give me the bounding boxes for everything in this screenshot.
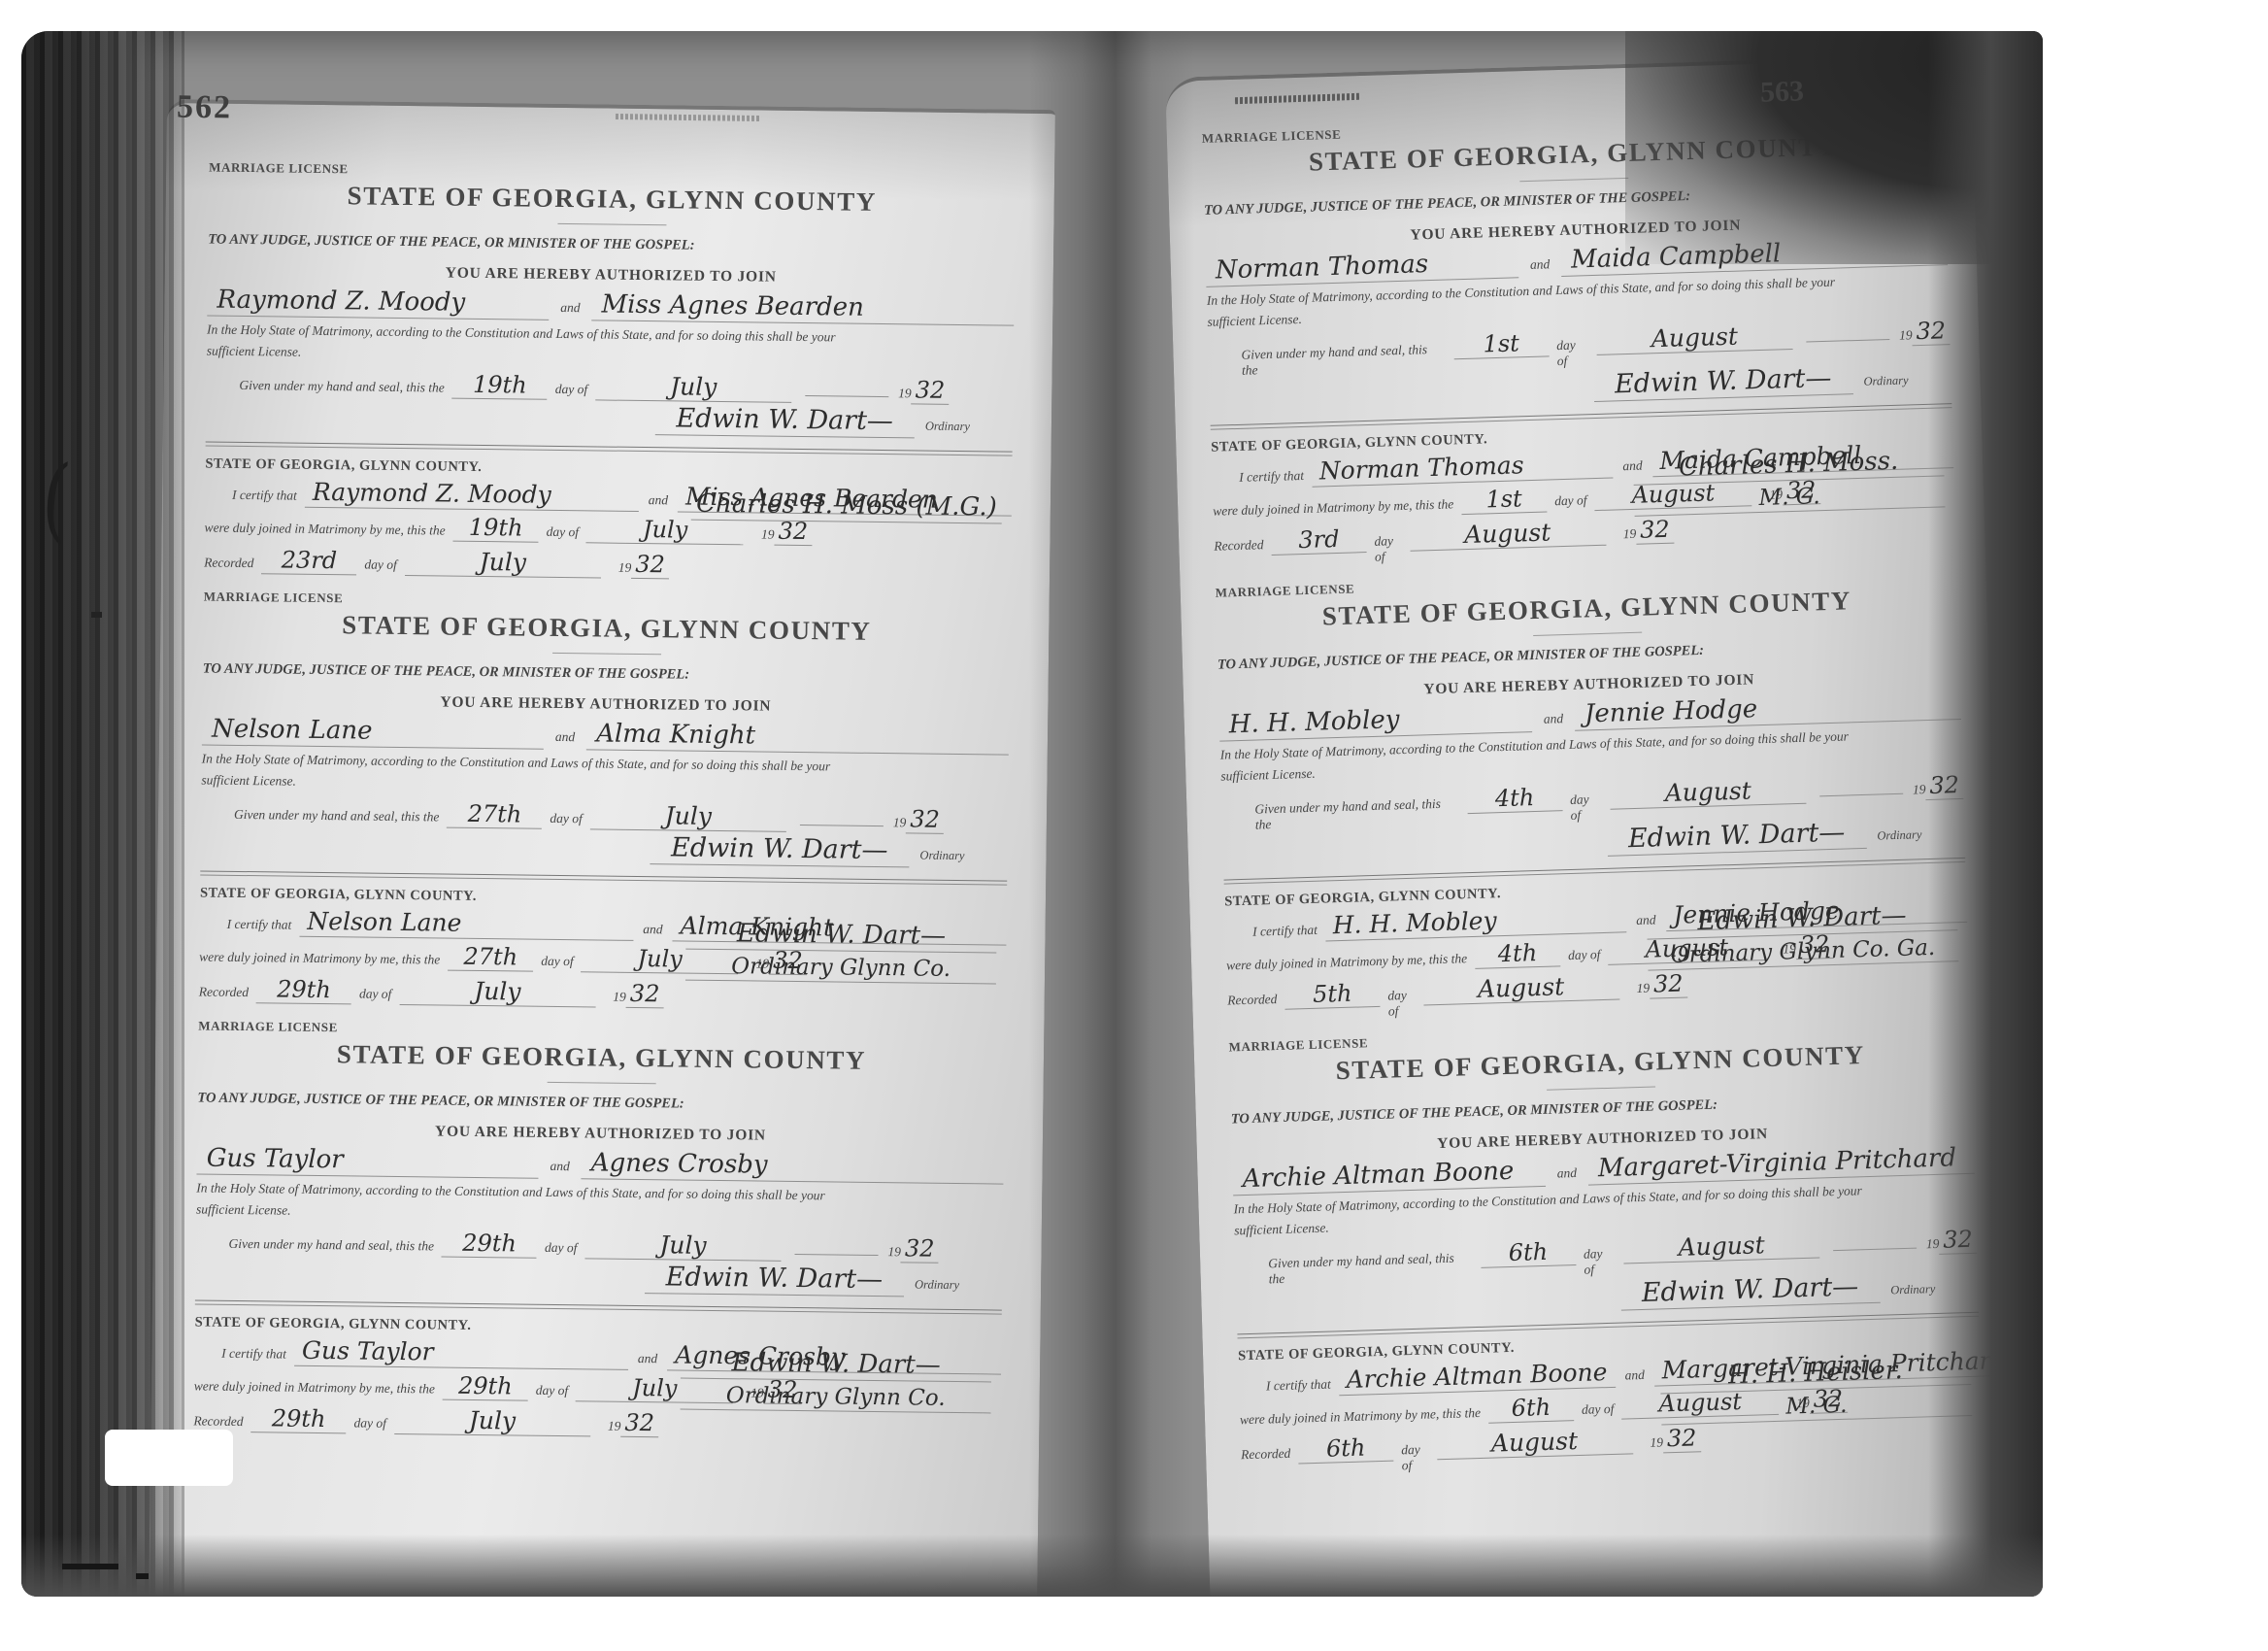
recorded-month: August	[1422, 973, 1619, 1006]
officiant-title: Ordinary Glynn Co.	[685, 956, 996, 985]
ordinary-label: Ordinary	[1877, 827, 1921, 842]
double-rule-divider	[206, 442, 1013, 456]
salutation-line: TO ANY JUDGE, JUSTICE OF THE PEACE, OR M…	[203, 660, 1010, 687]
license-month: July	[584, 1231, 781, 1261]
day-of-label: day of	[536, 1383, 569, 1398]
officiant-signature-block: Edwin W. Dart— Ordinary Glynn Co. Ga.	[1647, 901, 1959, 970]
recorded-year: 32	[1650, 971, 1687, 998]
day-of-label: day of	[1374, 533, 1402, 565]
recorded-day: 23rd	[261, 548, 356, 575]
year-printed: 19	[618, 560, 632, 576]
ordinary-signature: Edwin W. Dart—	[1593, 364, 1853, 402]
day-of-label: day of	[545, 1240, 578, 1256]
license-year: 32	[906, 807, 944, 833]
day-of-label: day of	[541, 954, 574, 969]
officiant-title: M. G.	[1661, 1391, 1973, 1425]
license-date-line: Given under my hand and seal, this the 1…	[206, 369, 1013, 406]
marriage-record: MARRIAGE LICENSE STATE OF GEORGIA, GLYNN…	[193, 1018, 1005, 1441]
year-printed: 19	[887, 1244, 901, 1260]
license-month: August	[1596, 322, 1793, 355]
recorded-year: 32	[626, 982, 664, 1008]
bride-name: Margaret-Virginia Pritchard	[1587, 1145, 1974, 1186]
salutation-line: TO ANY JUDGE, JUSTICE OF THE PEACE, OR M…	[208, 232, 1015, 258]
certify-prefix: I certify that	[232, 488, 297, 504]
married-year: 32	[774, 520, 812, 546]
license-day: 29th	[442, 1231, 537, 1259]
marriage-certificate: STATE OF GEORGIA, GLYNN COUNTY. I certif…	[1211, 418, 1956, 570]
recorded-month: August	[1436, 1427, 1633, 1460]
certify-prefix: I certify that	[1252, 923, 1317, 940]
groom-name: Archie Altman Boone	[1232, 1158, 1546, 1196]
certified-groom-name: Archie Altman Boone	[1338, 1360, 1616, 1396]
license-heading: STATE OF GEORGIA, GLYNN COUNTY	[209, 180, 1016, 219]
recorded-day: 29th	[250, 1406, 346, 1433]
license-year: 32	[1925, 773, 1963, 800]
recorded-label: Recorded	[204, 556, 253, 572]
license-names-line: Raymond Z. Moody and Miss Agnes Bearden	[207, 287, 1014, 326]
groom-name: Raymond Z. Moody	[207, 287, 549, 320]
license-year: 32	[1939, 1228, 1977, 1255]
license-year: 32	[901, 1236, 939, 1263]
recorded-day: 6th	[1298, 1435, 1394, 1465]
recorded-day: 3rd	[1271, 526, 1367, 556]
margin-tick-mark	[91, 612, 102, 618]
matrimony-clause: In the Holy State of Matrimony, accordin…	[196, 1180, 1003, 1205]
joined-clause: were duly joined in Matrimony by me, thi…	[1240, 1405, 1481, 1428]
marriage-certificate: STATE OF GEORGIA, GLYNN COUNTY. I certif…	[193, 1314, 1001, 1441]
and-label: and	[1557, 1165, 1578, 1182]
heading-rule	[557, 223, 666, 225]
certify-prefix: I certify that	[1239, 468, 1304, 486]
officiant-signature: Edwin W. Dart—	[681, 1350, 991, 1383]
married-day: 27th	[448, 945, 533, 972]
heading-rule	[1547, 1086, 1655, 1090]
year-printed: 19	[608, 1419, 621, 1434]
marriage-record: MARRIAGE LICENSE STATE OF GEORGIA, GLYNN…	[204, 160, 1016, 584]
license-day: 4th	[1467, 785, 1563, 814]
certified-groom-name: Raymond Z. Moody	[305, 480, 639, 512]
officiant-signature-block: Edwin W. Dart— Ordinary Glynn Co.	[685, 921, 997, 985]
recorded-year: 32	[631, 553, 669, 579]
marriage-certificate: STATE OF GEORGIA, GLYNN COUNTY. I certif…	[1238, 1327, 1984, 1479]
sufficient-license-clause: sufficient License.	[196, 1201, 1003, 1227]
margin-pen-mark: (	[38, 443, 74, 554]
certify-prefix: I certify that	[221, 1346, 286, 1363]
bride-name: Miss Agnes Bearden	[591, 291, 1014, 325]
officiant-title: M. G.	[1634, 482, 1946, 516]
ordinary-signature: Edwin W. Dart—	[1619, 1273, 1880, 1311]
license-names-line: Nelson Lane and Alma Knight	[202, 716, 1009, 755]
day-of-label: day of	[555, 382, 588, 397]
given-prefix: Given under my hand and seal, this the	[1241, 342, 1447, 379]
joined-clause: were duly joined in Matrimony by me, thi…	[199, 949, 440, 967]
recorded-date-line: Recorded 29th day of July 1932	[193, 1404, 694, 1437]
officiant-signature-block: Edwin W. Dart— Ordinary Glynn Co.	[681, 1350, 992, 1414]
license-month: July	[590, 802, 786, 831]
license-month: August	[1623, 1231, 1820, 1264]
license-heading: STATE OF GEORGIA, GLYNN COUNTY	[203, 608, 1010, 648]
day-of-label: day of	[353, 1415, 386, 1431]
groom-name: Gus Taylor	[196, 1145, 538, 1178]
year-printed: 19	[761, 527, 775, 543]
salutation-line: TO ANY JUDGE, JUSTICE OF THE PEACE, OR M…	[197, 1090, 1004, 1116]
recorded-label: Recorded	[1227, 992, 1278, 1009]
authorize-line: YOU ARE HEREBY AUTHORIZED TO JOIN	[197, 1120, 1004, 1147]
recorded-label: Recorded	[193, 1413, 243, 1430]
recorded-month: July	[399, 978, 595, 1007]
ordinary-label: Ordinary	[1890, 1282, 1935, 1297]
recorded-year: 32	[1663, 1426, 1701, 1453]
right-page-records: MARRIAGE LICENSE STATE OF GEORGIA, GLYNN…	[1202, 109, 1984, 1478]
marriage-certificate: STATE OF GEORGIA, GLYNN COUNTY. I certif…	[204, 456, 1012, 584]
license-month: August	[1610, 777, 1807, 810]
ordinary-signature: Edwin W. Dart—	[650, 834, 910, 867]
and-label: and	[560, 300, 580, 316]
and-label: and	[649, 492, 668, 508]
scanned-marriage-record-book: 562 563 MARRIAGE LICENSE STATE OF GEORGI…	[0, 0, 2268, 1651]
recorded-month: August	[1409, 519, 1606, 552]
recorded-date-line: Recorded 3rd day of August 1932	[1214, 517, 1675, 570]
year-printed: 19	[1926, 1236, 1940, 1252]
recorded-month: July	[394, 1407, 590, 1436]
married-month: July	[586, 517, 744, 545]
double-rule-divider	[200, 870, 1007, 885]
bride-name: Jennie Hodge	[1575, 691, 1961, 731]
sufficient-license-clause: sufficient License.	[201, 772, 1008, 797]
blank-underline	[794, 1242, 878, 1256]
joined-clause: were duly joined in Matrimony by me, thi…	[194, 1378, 435, 1397]
page-left: MARRIAGE LICENSE STATE OF GEORGIA, GLYNN…	[149, 99, 1055, 1597]
given-prefix: Given under my hand and seal, this the	[1254, 795, 1460, 832]
married-day: 29th	[443, 1374, 528, 1401]
ordinary-signature: Edwin W. Dart—	[654, 405, 915, 438]
recorded-month: July	[405, 549, 601, 578]
officiant-signature-block: H. H. Heisler. M. G.	[1660, 1356, 1973, 1425]
day-of-label: day of	[364, 557, 397, 573]
day-of-label: day of	[1582, 1401, 1615, 1418]
married-day: 6th	[1488, 1395, 1575, 1424]
marriage-record: MARRIAGE LICENSE STATE OF GEORGIA, GLYNN…	[1216, 563, 1970, 1024]
given-prefix: Given under my hand and seal, this the	[229, 1236, 435, 1255]
margin-dash-mark	[136, 1573, 149, 1579]
day-of-label: day of	[547, 524, 580, 540]
license-heading: STATE OF GEORGIA, GLYNN COUNTY	[198, 1037, 1005, 1077]
license-day: 6th	[1481, 1239, 1577, 1268]
book-gutter-shadow	[1029, 31, 1194, 1597]
day-of-label: day of	[1554, 492, 1587, 509]
recorded-date-line: Recorded 29th day of July 1932	[199, 975, 700, 1008]
marriage-record: MARRIAGE LICENSE STATE OF GEORGIA, GLYNN…	[199, 589, 1011, 1012]
groom-name: Norman Thomas	[1206, 249, 1519, 287]
blank-underline	[1833, 1236, 1917, 1252]
officiant-signature-block: Charles H. Moss. M. G.	[1633, 447, 1946, 516]
and-label: and	[1624, 1367, 1645, 1384]
joined-clause: were duly joined in Matrimony by me, thi…	[1226, 951, 1467, 973]
year-printed: 19	[613, 990, 626, 1005]
margin-dash-mark	[62, 1564, 118, 1569]
year-printed: 19	[1650, 1434, 1663, 1450]
certify-prefix: I certify that	[1266, 1377, 1331, 1395]
day-of-label: day of	[1556, 337, 1589, 369]
day-of-label: day of	[1568, 947, 1601, 963]
left-page-records: MARRIAGE LICENSE STATE OF GEORGIA, GLYNN…	[193, 160, 1016, 1442]
officiant-signature: Edwin W. Dart—	[685, 921, 996, 954]
year-printed: 19	[1636, 981, 1650, 996]
ordinary-signature-line: Edwin W. Dart— Ordinary	[195, 1258, 1002, 1297]
year-printed: 19	[1913, 782, 1926, 797]
recorded-label: Recorded	[1241, 1446, 1291, 1464]
recorded-year: 32	[1636, 518, 1674, 545]
double-rule-divider	[195, 1299, 1002, 1314]
day-of-label: day of	[359, 986, 392, 1001]
and-label: and	[1530, 256, 1551, 273]
and-label: and	[555, 729, 575, 745]
given-prefix: Given under my hand and seal, this the	[1268, 1250, 1474, 1287]
recorded-label: Recorded	[199, 984, 249, 1000]
bride-name: Alma Knight	[586, 721, 1009, 755]
heading-rule	[1519, 178, 1628, 182]
book-scan: 562 563 MARRIAGE LICENSE STATE OF GEORGI…	[21, 31, 2043, 1597]
blank-underline	[1806, 327, 1889, 343]
officiant-signature: Charles H. Moss.	[1633, 447, 1945, 485]
recorded-year: 32	[620, 1411, 658, 1437]
marriage-record: MARRIAGE LICENSE STATE OF GEORGIA, GLYNN…	[1202, 109, 1956, 569]
married-day: 19th	[453, 516, 539, 543]
and-label: and	[550, 1159, 569, 1174]
ordinary-signature-line: Edwin W. Dart— Ordinary	[206, 400, 1013, 440]
ordinary-signature-line: Edwin W. Dart— Ordinary	[200, 828, 1007, 868]
ordinary-signature: Edwin W. Dart—	[645, 1264, 905, 1297]
day-of-label: day of	[550, 811, 583, 826]
license-year: 32	[912, 378, 950, 404]
year-printed: 19	[1899, 327, 1913, 343]
matrimony-clause: In the Holy State of Matrimony, accordin…	[207, 322, 1014, 348]
given-prefix: Given under my hand and seal, this the	[239, 378, 445, 396]
recorded-date-line: Recorded 23rd day of July 1932	[204, 547, 705, 580]
and-label: and	[1544, 711, 1564, 727]
license-year: 32	[1912, 319, 1950, 346]
officiant-signature: Charles H. Moss (M.G.)	[691, 491, 1002, 524]
ordinary-label: Ordinary	[919, 849, 964, 863]
blank-underline	[1819, 782, 1903, 797]
license-date-line: Given under my hand and seal, this the 2…	[201, 797, 1008, 834]
and-label: and	[638, 1351, 657, 1366]
married-day: 1st	[1461, 487, 1548, 516]
certified-groom-name: Norman Thomas	[1311, 450, 1613, 487]
officiant-title: Ordinary Glynn Co. Ga.	[1648, 936, 1959, 970]
license-month: July	[595, 373, 791, 402]
marriage-certificate: STATE OF GEORGIA, GLYNN COUNTY. I certif…	[199, 885, 1007, 1012]
bride-name: Maida Campbell	[1561, 236, 1948, 277]
bride-name: Agnes Crosby	[582, 1150, 1004, 1184]
day-of-label: day of	[1584, 1246, 1617, 1278]
license-day: 19th	[452, 373, 548, 400]
recorded-label: Recorded	[1214, 537, 1264, 555]
certified-groom-name: Gus Taylor	[294, 1338, 628, 1370]
blank-underline	[800, 813, 884, 826]
recorded-day: 29th	[256, 977, 351, 1004]
page-number-right: 563	[1759, 75, 1804, 110]
ordinary-label: Ordinary	[1863, 373, 1908, 387]
officiant-signature-block: Charles H. Moss (M.G.)	[691, 491, 1002, 524]
matrimony-clause: In the Holy State of Matrimony, accordin…	[202, 751, 1009, 776]
year-printed: 19	[1623, 526, 1637, 542]
married-day: 4th	[1475, 940, 1561, 969]
joined-clause: were duly joined in Matrimony by me, thi…	[1213, 496, 1453, 519]
page-right: MARRIAGE LICENSE STATE OF GEORGIA, GLYNN…	[1165, 53, 2017, 1597]
given-prefix: Given under my hand and seal, this the	[234, 807, 440, 825]
page-number-left: 562	[177, 89, 233, 127]
license-names-line: Gus Taylor and Agnes Crosby	[196, 1145, 1003, 1184]
year-printed: 19	[898, 386, 912, 401]
joined-clause: were duly joined in Matrimony by me, thi…	[205, 521, 446, 539]
recorded-date-line: Recorded 5th day of August 1932	[1227, 970, 1688, 1024]
authorize-line: YOU ARE HEREBY AUTHORIZED TO JOIN	[208, 262, 1015, 289]
authorize-line: YOU ARE HEREBY AUTHORIZED TO JOIN	[202, 691, 1009, 718]
marriage-record: MARRIAGE LICENSE STATE OF GEORGIA, GLYNN…	[1228, 1018, 1983, 1478]
day-of-label: day of	[1570, 792, 1603, 824]
heading-rule	[552, 653, 661, 655]
groom-name: Nelson Lane	[202, 716, 544, 749]
certified-groom-name: H. H. Mobley	[1324, 904, 1626, 941]
white-patch	[105, 1430, 233, 1486]
certify-prefix: I certify that	[227, 917, 292, 933]
ordinary-label: Ordinary	[915, 1277, 959, 1292]
certified-groom-name: Nelson Lane	[299, 909, 633, 941]
day-of-label: day of	[1387, 988, 1416, 1020]
year-printed: 19	[893, 815, 907, 830]
heading-rule	[547, 1082, 655, 1084]
heading-rule	[1533, 632, 1642, 636]
sufficient-license-clause: sufficient License.	[207, 344, 1014, 369]
blank-underline	[805, 384, 888, 397]
officiant-title: Ordinary Glynn Co.	[681, 1385, 991, 1414]
license-day: 1st	[1453, 330, 1550, 359]
and-label: and	[643, 922, 662, 937]
ordinary-label: Ordinary	[925, 420, 970, 434]
groom-name: H. H. Mobley	[1218, 703, 1532, 742]
recorded-day: 5th	[1284, 981, 1381, 1010]
license-day: 27th	[447, 802, 542, 829]
marriage-certificate: STATE OF GEORGIA, GLYNN COUNTY. I certif…	[1224, 872, 1970, 1025]
license-date-line: Given under my hand and seal, this the 2…	[195, 1227, 1002, 1264]
recorded-date-line: Recorded 6th day of August 1932	[1241, 1425, 1702, 1478]
ordinary-signature: Edwin W. Dart—	[1607, 819, 1867, 857]
day-of-label: day of	[1401, 1442, 1429, 1474]
